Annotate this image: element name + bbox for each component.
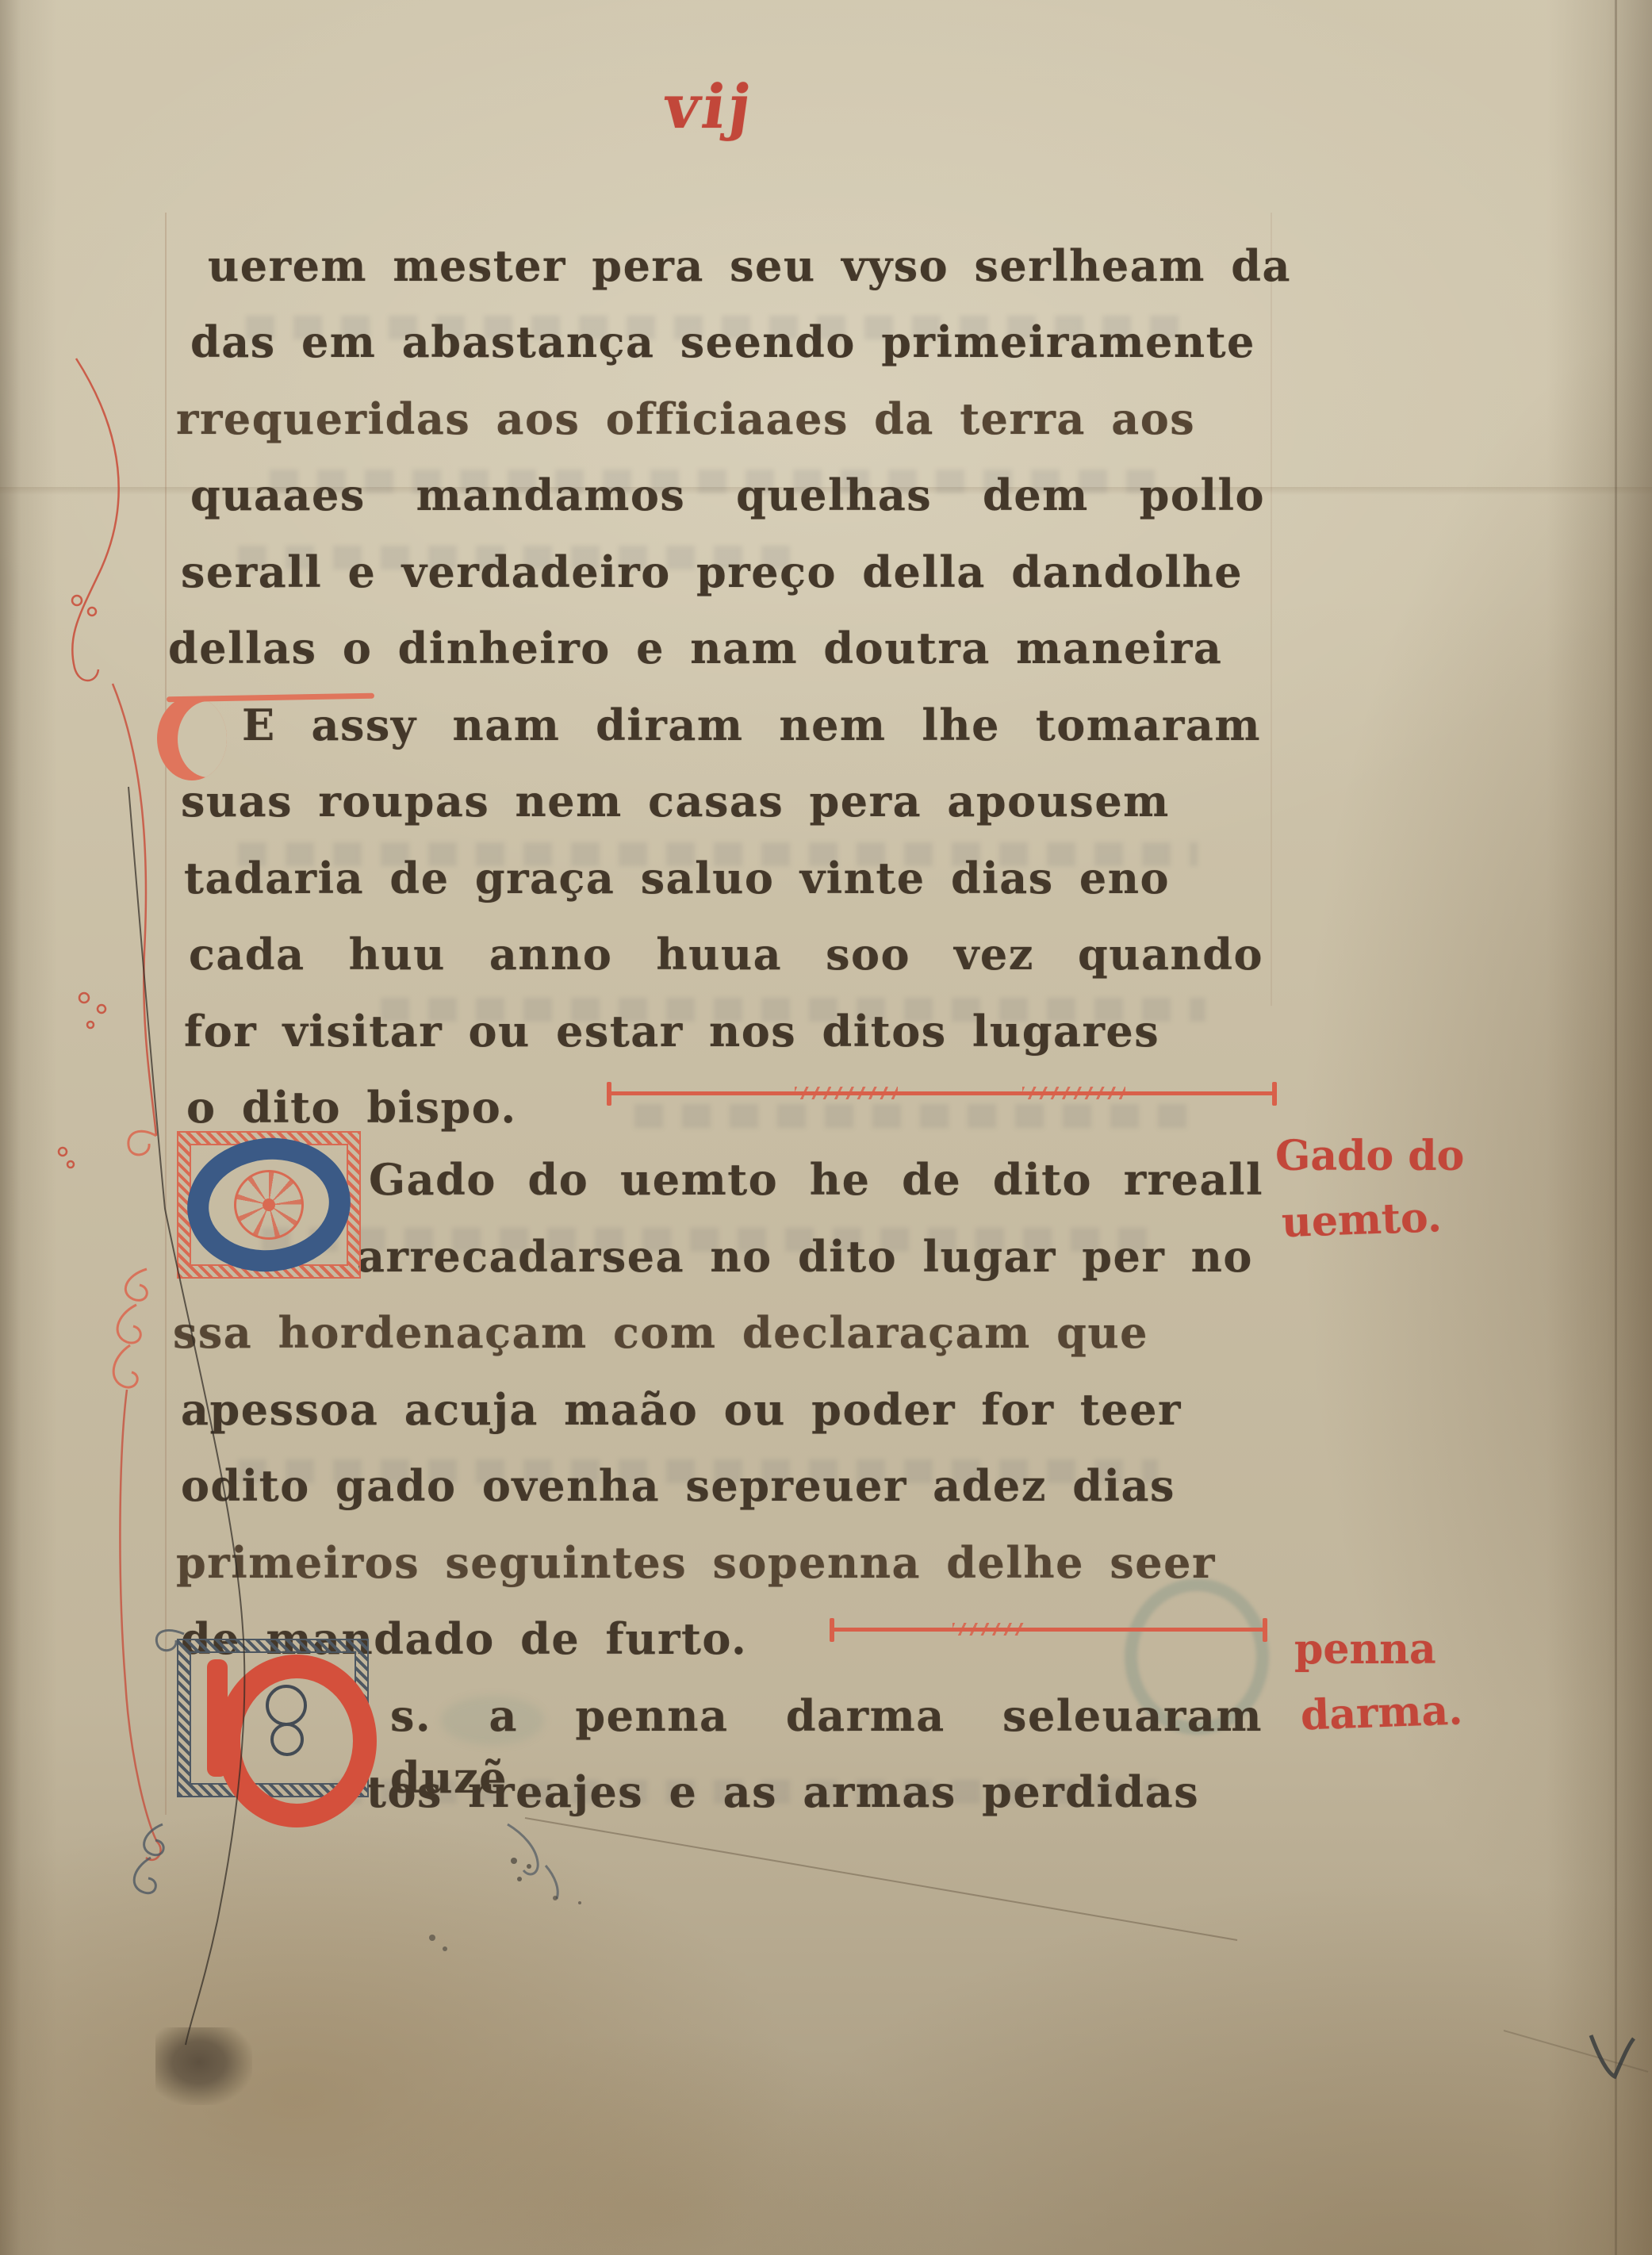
text-line: E assy nam diram nem lhe tomaram [242,694,1261,756]
text-line: arrecadarsea no dito lugar per no [357,1225,1253,1287]
text-line: suas roupas nem casas pera apousem [181,770,1170,832]
initial-penwork-field [190,1144,348,1266]
filler-end-tick [1263,1618,1267,1642]
decorated-initial-d: D [178,1640,367,1796]
text-line: cada huu anno huua soo vez quando [189,923,1263,985]
parchment-hole-stain [155,2027,252,2105]
ruling-line-right [1271,213,1272,1006]
filler-end-tick [1272,1082,1277,1106]
margin-note-line: darma. [1300,1678,1464,1747]
text-line: dellas o dinheiro e nam doutra maneira [168,617,1222,679]
text-line: o dito bispo. [186,1076,517,1138]
text-line: uerem mester pera seu vyso serlheam da [208,235,1291,297]
text-line: ssa hordenaçam com declaraçam que [173,1302,1148,1363]
text-line: serall e verdadeiro preço della dandolhe [181,541,1243,603]
folio-number: vij [660,71,759,142]
ruling-line-left [165,213,167,1815]
filler-squiggle [795,1087,898,1099]
filler-end-tick [830,1618,834,1642]
initial-penwork-field [190,1651,356,1785]
margin-note-penna-darma: penna darma. [1294,1618,1456,1745]
text-line: primeiros seguintes sopenna delhe seer [176,1532,1216,1593]
rosette-ornament [234,1170,304,1240]
margin-note-line: uemto. [1281,1185,1472,1255]
margin-note-gado-do-vento: Gado do uemto. [1275,1125,1464,1252]
decorated-initial-o: O [178,1133,359,1277]
text-line: Gado do uemto he de dito rreall [369,1149,1263,1210]
text-line: apessoa acuja maão ou poder for teer [181,1379,1182,1440]
text-line: odito gado ovenha sepreuer adez dias [181,1455,1175,1517]
margin-note-line: penna [1294,1625,1436,1674]
text-line: rrequeridas aos officiaaes da terra aos [176,388,1195,450]
manuscript-page: vij uerem mester pera seu vyso serlheam … [0,0,1652,2255]
filler-squiggle [1022,1087,1125,1099]
margin-note-line: Gado do [1275,1132,1464,1180]
filler-squiggle [952,1623,1024,1636]
line-filler [607,1080,1277,1107]
text-line: tos rreajes e as armas perdidas [366,1761,1199,1823]
text-line: das em abastança seendo primeiramente [190,311,1255,373]
text-line: for visitar ou estar nos ditos lugares [184,1000,1159,1062]
filler-end-tick [607,1082,611,1106]
page-edge [1615,0,1617,2255]
show-through-text [634,1104,1190,1128]
text-line: quaaes mandamos quelhas dem pollo [190,464,1265,526]
text-line: tadaria de graça saluo vinte dias eno [184,847,1170,909]
scroll-ornament [266,1685,307,1726]
paragraph-mark [157,696,227,780]
line-filler [830,1616,1267,1643]
